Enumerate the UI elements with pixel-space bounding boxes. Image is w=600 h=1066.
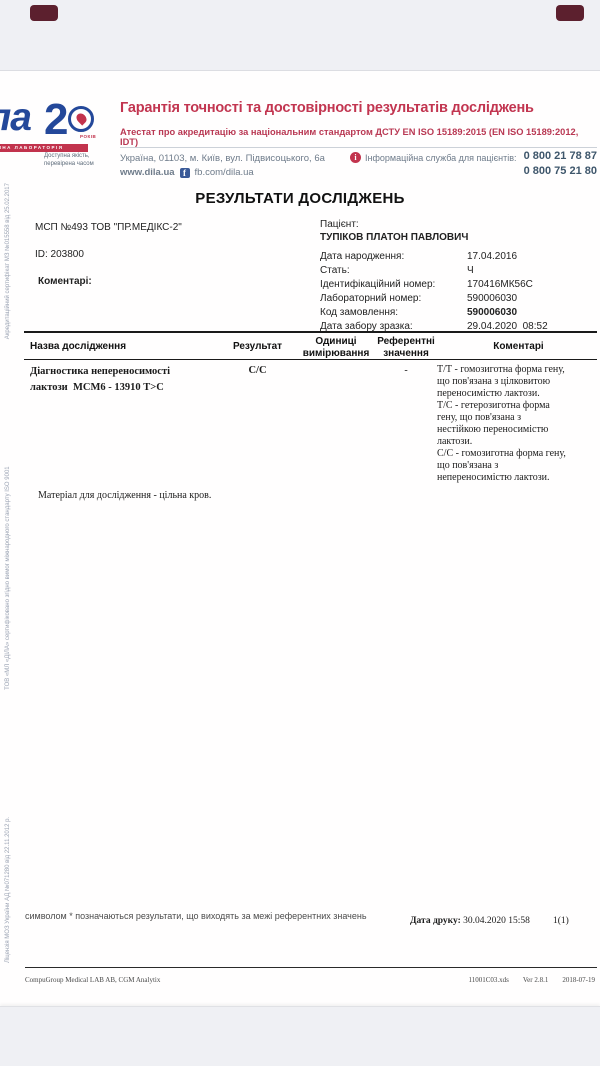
col-header-test-name: Назва дослідження [30,341,126,353]
file-name: 11001C03.xds [468,976,508,984]
accreditation-line: Атестат про акредитацію за національним … [120,127,598,147]
test-name-cell: Діагностика непереносимості лактози МСМ6… [30,364,225,396]
hotline-phone-1: 0 800 21 78 87 [524,150,597,162]
facebook-icon: f [180,168,190,178]
dila-wordmark: діла® [0,96,31,140]
report-file-info: 11001C03.xds Ver 2.8.1 2018-07-19 [468,976,595,984]
test-comment-cell: Т/Т - гомозиготна форма гену, що пов'яза… [437,364,599,484]
field-value: 590006030 [467,293,517,304]
file-date: 2018-07-19 [562,976,595,984]
field-value: 170416МК56С [467,279,533,290]
website-row: www.dila.ua f fb.com/dila.ua [120,167,254,178]
status-battery-redaction [556,5,584,21]
field-value: 17.04.2016 [467,251,517,262]
clinic-name: МСП №493 ТОВ "ПР.МЕДІКС-2" [35,222,182,233]
bottom-bar [0,1006,600,1066]
facebook-link[interactable]: fb.com/dila.ua [195,167,254,178]
field-value: Ч [467,265,474,276]
iso-cert-text: ТОВ «МЛ «ДІЛА» сертифіковано згідно вимо… [5,466,11,689]
info-service-line: i Інформаційна служба для пацієнтів: [350,152,517,163]
material-note: Матеріал для дослідження - цільна кров. [38,490,211,501]
dila-logo: діла® МЕДИЧНА ЛАБОРАТОРІЯ 2 РОКІВ Доступ… [0,96,116,188]
patient-label: Пацієнт: [320,219,359,230]
header-divider [120,147,597,148]
print-date-label: Дата друку: [410,916,461,926]
table-header-border [24,359,597,360]
field-order-code: Код замовлення: 590006030 [320,307,597,321]
field-lab-number: Лабораторний номер: 590006030 [320,293,597,307]
badge-20-years-digit: 2 [44,96,68,144]
field-sex: Стать: Ч [320,265,597,279]
vertical-certifications: Ліцензія МОЗ України АД №071280 від 22.1… [3,183,12,963]
license-text: Ліцензія МОЗ України АД №071280 від 22.1… [5,817,11,963]
field-birth-date: Дата народження: 17.04.2016 [320,251,597,265]
field-value: 590006030 [467,307,517,318]
status-time-redaction [30,5,58,21]
file-version: Ver 2.8.1 [523,976,548,984]
test-reference-cell: - [372,365,440,376]
field-identification-number: Ідентифікаційний номер: 170416МК56С [320,279,597,293]
field-label: Стать: [320,265,350,276]
reference-footnote: символом * позначаються результати, що в… [25,911,367,921]
print-date-value: 30.04.2020 15:58 [463,916,530,926]
field-label: Ідентифікаційний номер: [320,279,435,290]
logo-tagline: Доступна якість, перевірена часом [44,152,94,168]
logo-subtitle-bar: МЕДИЧНА ЛАБОРАТОРІЯ [0,144,88,152]
website-link[interactable]: www.dila.ua [120,167,175,178]
col-header-result: Результат [215,341,300,353]
page-number: 1(1) [553,916,569,926]
hotline-phone-2: 0 800 75 21 80 [524,165,597,177]
badge-years-label: РОКІВ [80,134,96,139]
field-label: Дата народження: [320,251,404,262]
col-header-comments: Коментарі [440,341,597,353]
comments-label: Коментарі: [38,276,92,287]
col-header-reference: Референтні значення [372,336,440,359]
badge-20-years-circle [68,106,94,132]
software-credit: CompuGroup Medical LAB AB, CGM Analytix [25,976,160,984]
field-label: Лабораторний номер: [320,293,421,304]
flame-icon [74,111,88,125]
status-bar [0,0,600,71]
info-icon: i [350,152,361,163]
table-top-border [24,331,597,333]
field-label: Код замовлення: [320,307,398,318]
info-service-label: Інформаційна служба для пацієнтів: [365,153,517,163]
order-id: ID: 203800 [35,249,84,260]
company-address: Україна, 01103, м. Київ, вул. Підвисоцьк… [120,153,325,164]
patient-name: ТУПІКОВ ПЛАТОН ПАВЛОВИЧ [320,232,468,243]
col-header-units: Одиниці вимірювання [300,336,372,359]
lab-report-screen: Ліцензія МОЗ України АД №071280 від 22.1… [0,0,600,1066]
print-date: Дата друку: 30.04.2020 15:58 [410,916,530,926]
footer-rule [25,967,597,968]
header-slogan: Гарантія точності та достовірності резул… [120,100,598,116]
test-result-cell: С/С [215,365,300,376]
page-title: РЕЗУЛЬТАТИ ДОСЛІДЖЕНЬ [0,190,600,207]
